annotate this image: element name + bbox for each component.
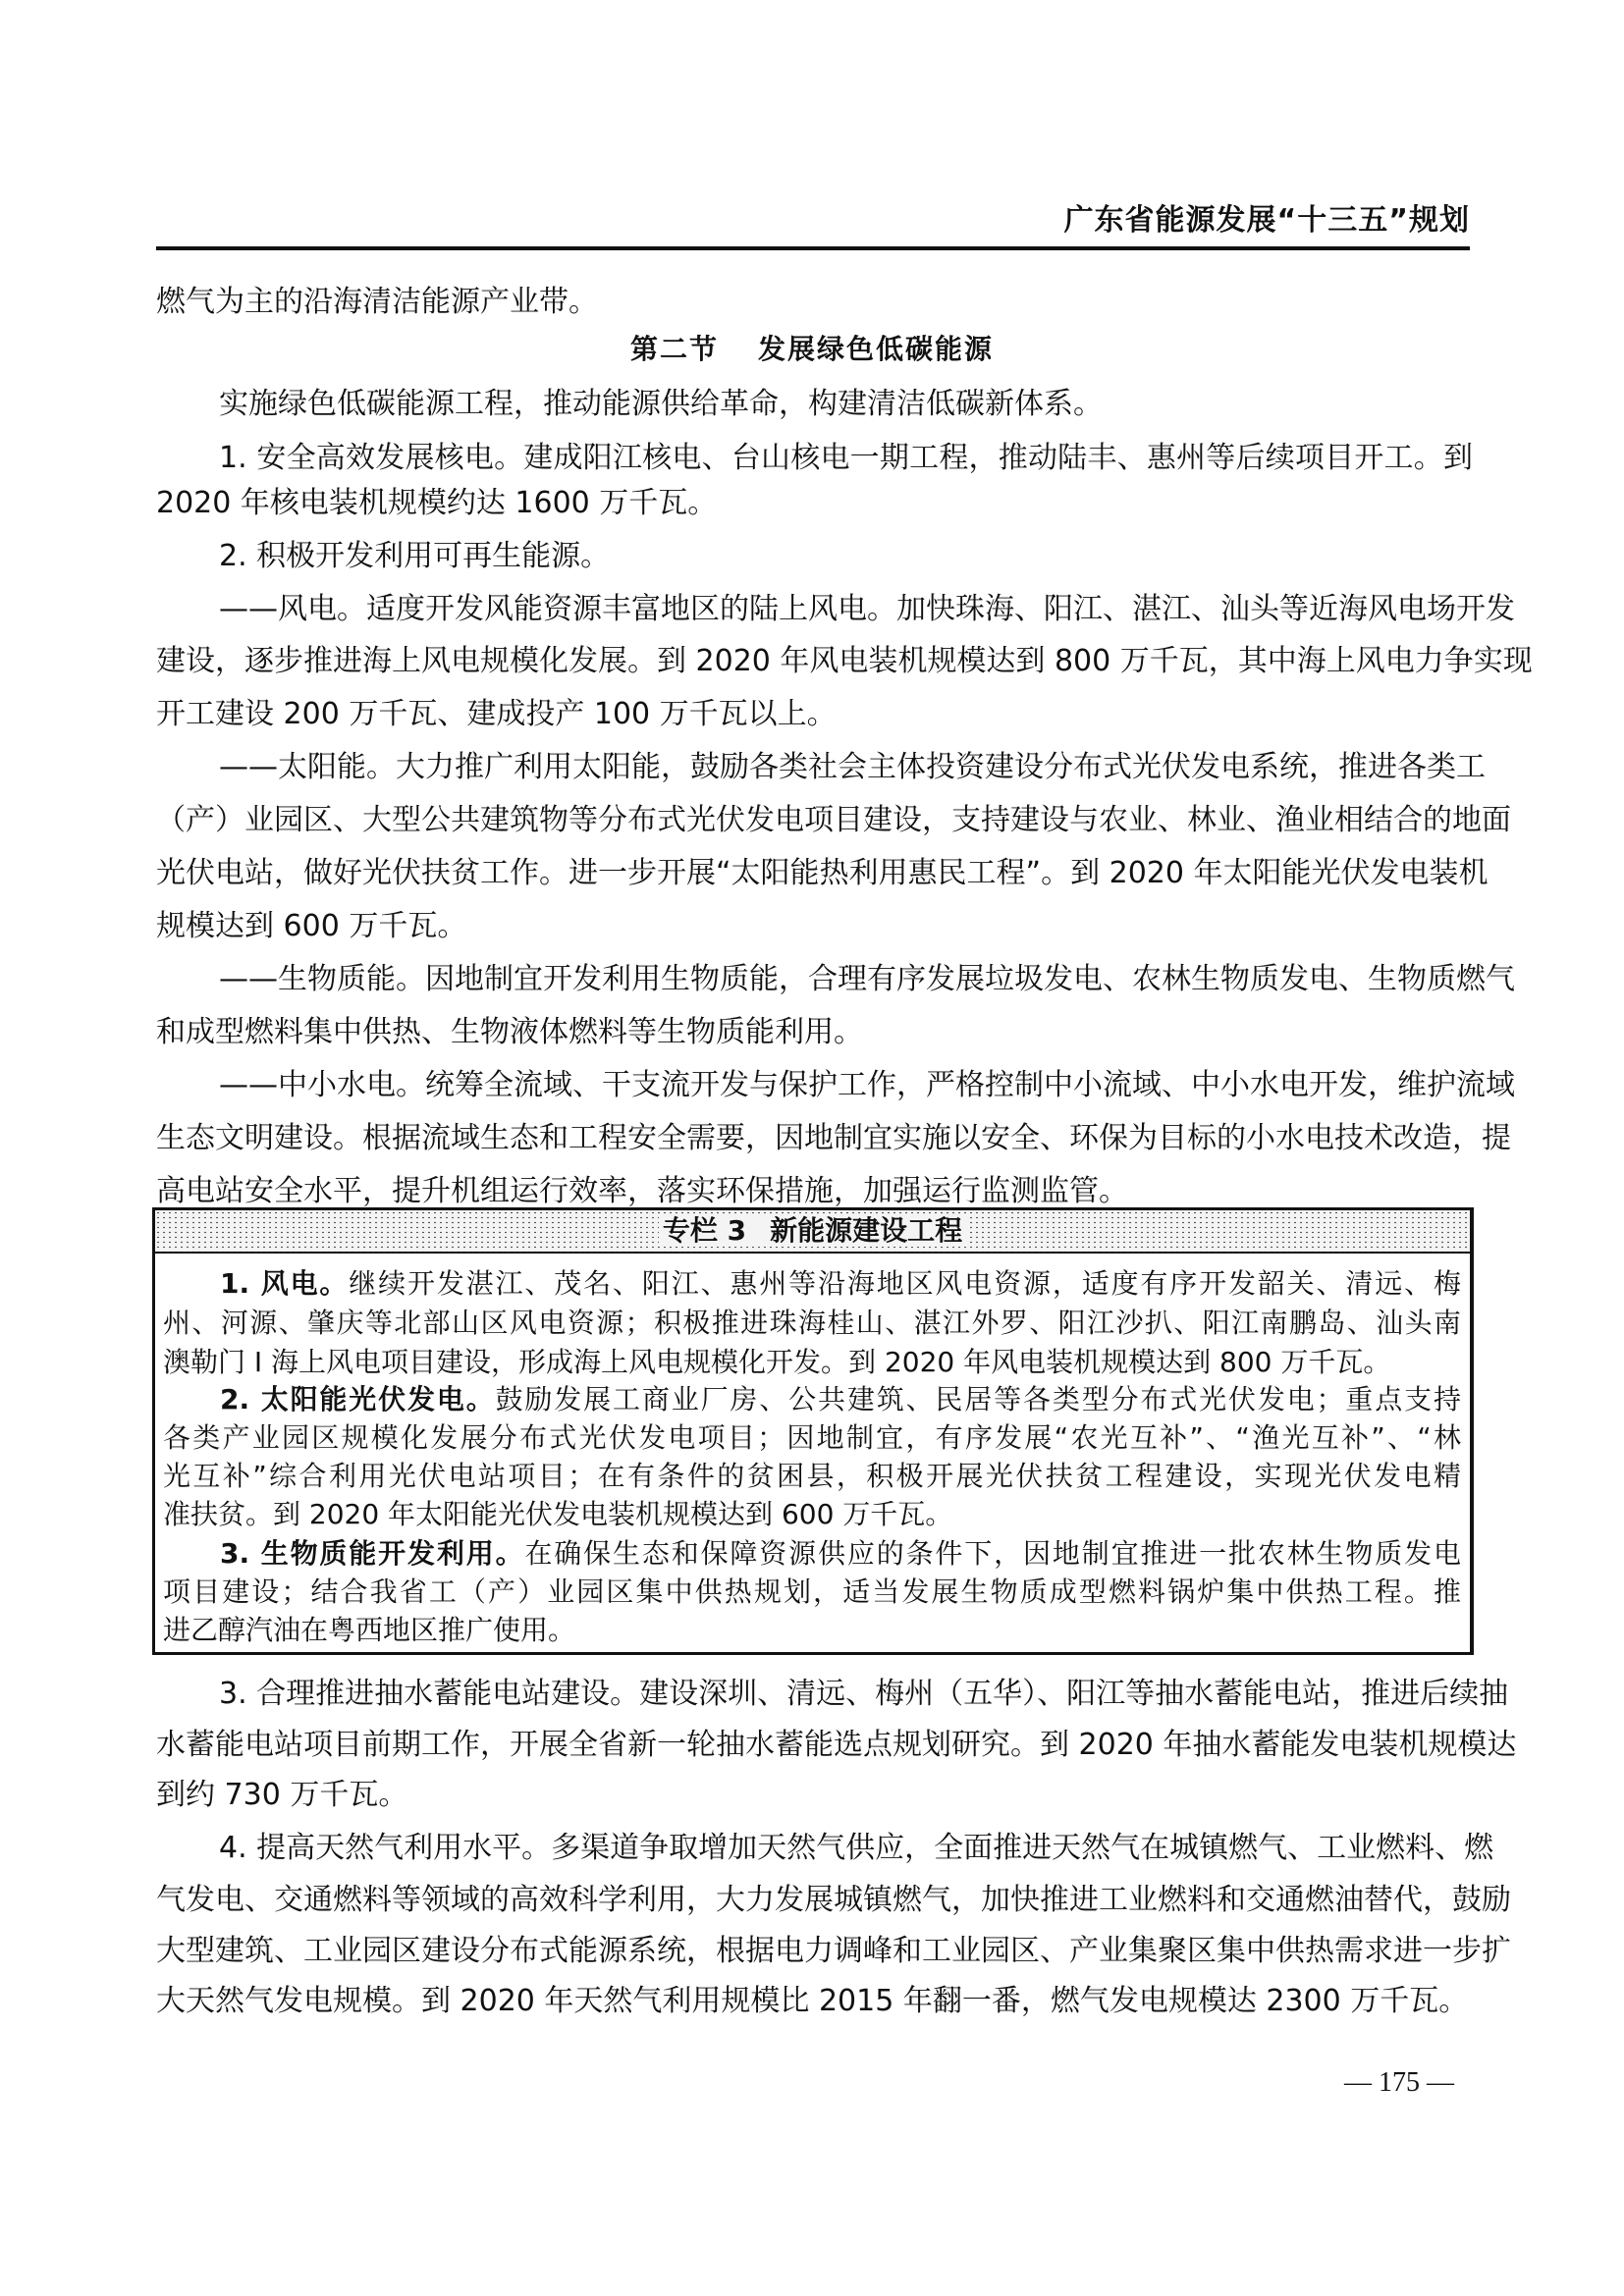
item1-line: 1. 安全高效发展核电。建成阳江核电、台山核电一期工程，推动陆丰、惠州等后续项目… xyxy=(219,439,1473,478)
box-biomass-line: 项目建设；结合我省工（产）业园区集中供热规划，适当发展生物质成型燃料锅炉集中供热… xyxy=(163,1574,1461,1611)
box-solar-line: 各类产业园区规模化发展分布式光伏发电项目；因地制宜，有序发展“农光互补”、“渔光… xyxy=(163,1419,1461,1457)
section-title: 第二节发展绿色低碳能源 xyxy=(0,330,1624,369)
special-column-box: 专栏 3新能源建设工程 1. 风电。继续开发湛江、茂名、阳江、惠州等沿海地区风电… xyxy=(152,1207,1474,1655)
box-biomass-heading: 3. 生物质能开发利用。 xyxy=(220,1537,524,1570)
intro-paragraph: 实施绿色低碳能源工程，推动能源供给革命，构建清洁低碳新体系。 xyxy=(219,385,1473,424)
solar-line: 光伏电站，做好光伏扶贫工作。进一步开展“太阳能热利用惠民工程”。到 2020 年… xyxy=(156,854,1473,893)
item3-line: 3. 合理推进抽水蓄能电站建设。建设深圳、清远、梅州（五华）、阳江等抽水蓄能电站… xyxy=(219,1675,1473,1714)
box-biomass-line: 3. 生物质能开发利用。在确保生态和保障资源供应的条件下，因地制宜推进一批农林生… xyxy=(220,1535,1461,1573)
solar-line: 规模达到 600 万千瓦。 xyxy=(156,907,1473,946)
box-wind-line: 1. 风电。继续开发湛江、茂名、阳江、惠州等沿海地区风电资源，适度有序开发韶关、… xyxy=(220,1265,1461,1303)
item1-line: 2020 年核电装机规模约达 1600 万千瓦。 xyxy=(156,484,1473,523)
box-title: 专栏 3新能源建设工程 xyxy=(155,1211,1470,1251)
wind-line: ——风电。适度开发风能资源丰富地区的陆上风电。加快珠海、阳江、湛江、汕头等近海风… xyxy=(219,590,1473,629)
item4-line: 4. 提高天然气利用水平。多渠道争取增加天然气供应，全面推进天然气在城镇燃气、工… xyxy=(219,1829,1473,1868)
item3-line: 水蓄能电站项目前期工作，开展全省新一轮抽水蓄能选点规划研究。到 2020 年抽水… xyxy=(156,1726,1473,1765)
running-header-title: 广东省能源发展“十三五”规划 xyxy=(982,201,1470,240)
item3-line: 到约 730 万千瓦。 xyxy=(156,1776,1473,1815)
wind-line: 建设，逐步推进海上风电规模化发展。到 2020 年风电装机规模达到 800 万千… xyxy=(156,642,1473,681)
solar-line: ——太阳能。大力推广利用太阳能，鼓励各类社会主体投资建设分布式光伏发电系统，推进… xyxy=(219,748,1473,787)
solar-line: （产）业园区、大型公共建筑物等分布式光伏发电项目建设，支持建设与农业、林业、渔业… xyxy=(156,801,1473,840)
box-title-text: 新能源建设工程 xyxy=(770,1214,962,1247)
box-wind-heading: 1. 风电。 xyxy=(220,1267,349,1300)
hydro-line: 高电站安全水平，提升机组运行效率，落实环保措施，加强运行监测监管。 xyxy=(156,1172,1473,1211)
header-rule xyxy=(156,246,1470,250)
item4-line: 大天然气发电规模。到 2020 年天然气利用规模比 2015 年翻一番，燃气发电… xyxy=(156,1982,1473,2021)
section-number: 第二节 xyxy=(630,333,719,365)
box-wind-line: 澳勒门 I 海上风电项目建设，形成海上风电规模化开发。到 2020 年风电装机规… xyxy=(163,1344,1461,1381)
box-label: 专栏 3 xyxy=(663,1214,746,1247)
item4-line: 大型建筑、工业园区建设分布式能源系统，根据电力调峰和工业园区、产业集聚区集中供热… xyxy=(156,1932,1473,1971)
box-solar-heading: 2. 太阳能光伏发电。 xyxy=(220,1383,496,1415)
box-biomass-line: 进乙醇汽油在粤西地区推广使用。 xyxy=(163,1612,1461,1649)
item2-title: 2. 积极开发利用可再生能源。 xyxy=(219,537,1473,576)
item4-line: 气发电、交通燃料等领域的高效科学利用，大力发展城镇燃气，加快推进工业燃料和交通燃… xyxy=(156,1881,1473,1920)
section-heading: 发展绿色低碳能源 xyxy=(758,333,994,365)
box-solar-line: 光互补”综合利用光伏电站项目；在有条件的贫困县，积极开展光伏扶贫工程建设，实现光… xyxy=(163,1458,1461,1495)
biomass-line: ——生物质能。因地制宜开发利用生物质能，合理有序发展垃圾发电、农林生物质发电、生… xyxy=(219,960,1473,999)
box-solar-line: 2. 太阳能光伏发电。鼓励发展工商业厂房、公共建筑、民居等各类型分布式光伏发电；… xyxy=(220,1381,1461,1418)
box-wind-line: 州、河源、肇庆等北部山区风电资源；积极推进珠海桂山、湛江外罗、阳江沙扒、阳江南鹏… xyxy=(163,1305,1461,1342)
wind-line: 开工建设 200 万千瓦、建成投产 100 万千瓦以上。 xyxy=(156,695,1473,734)
hydro-line: ——中小水电。统筹全流域、干支流开发与保护工作，严格控制中小流域、中小水电开发，… xyxy=(219,1066,1473,1105)
biomass-line: 和成型燃料集中供热、生物液体燃料等生物质能利用。 xyxy=(156,1013,1473,1052)
hydro-line: 生态文明建设。根据流域生态和工程安全需要，因地制宜实施以安全、环保为目标的小水电… xyxy=(156,1119,1473,1158)
continuation-line: 燃气为主的沿海清洁能源产业带。 xyxy=(156,283,1473,322)
box-header: 专栏 3新能源建设工程 xyxy=(155,1210,1470,1254)
box-solar-line: 准扶贫。到 2020 年太阳能光伏发电装机规模达到 600 万千瓦。 xyxy=(163,1496,1461,1533)
page-number: — 175 — xyxy=(1306,2065,1492,2101)
